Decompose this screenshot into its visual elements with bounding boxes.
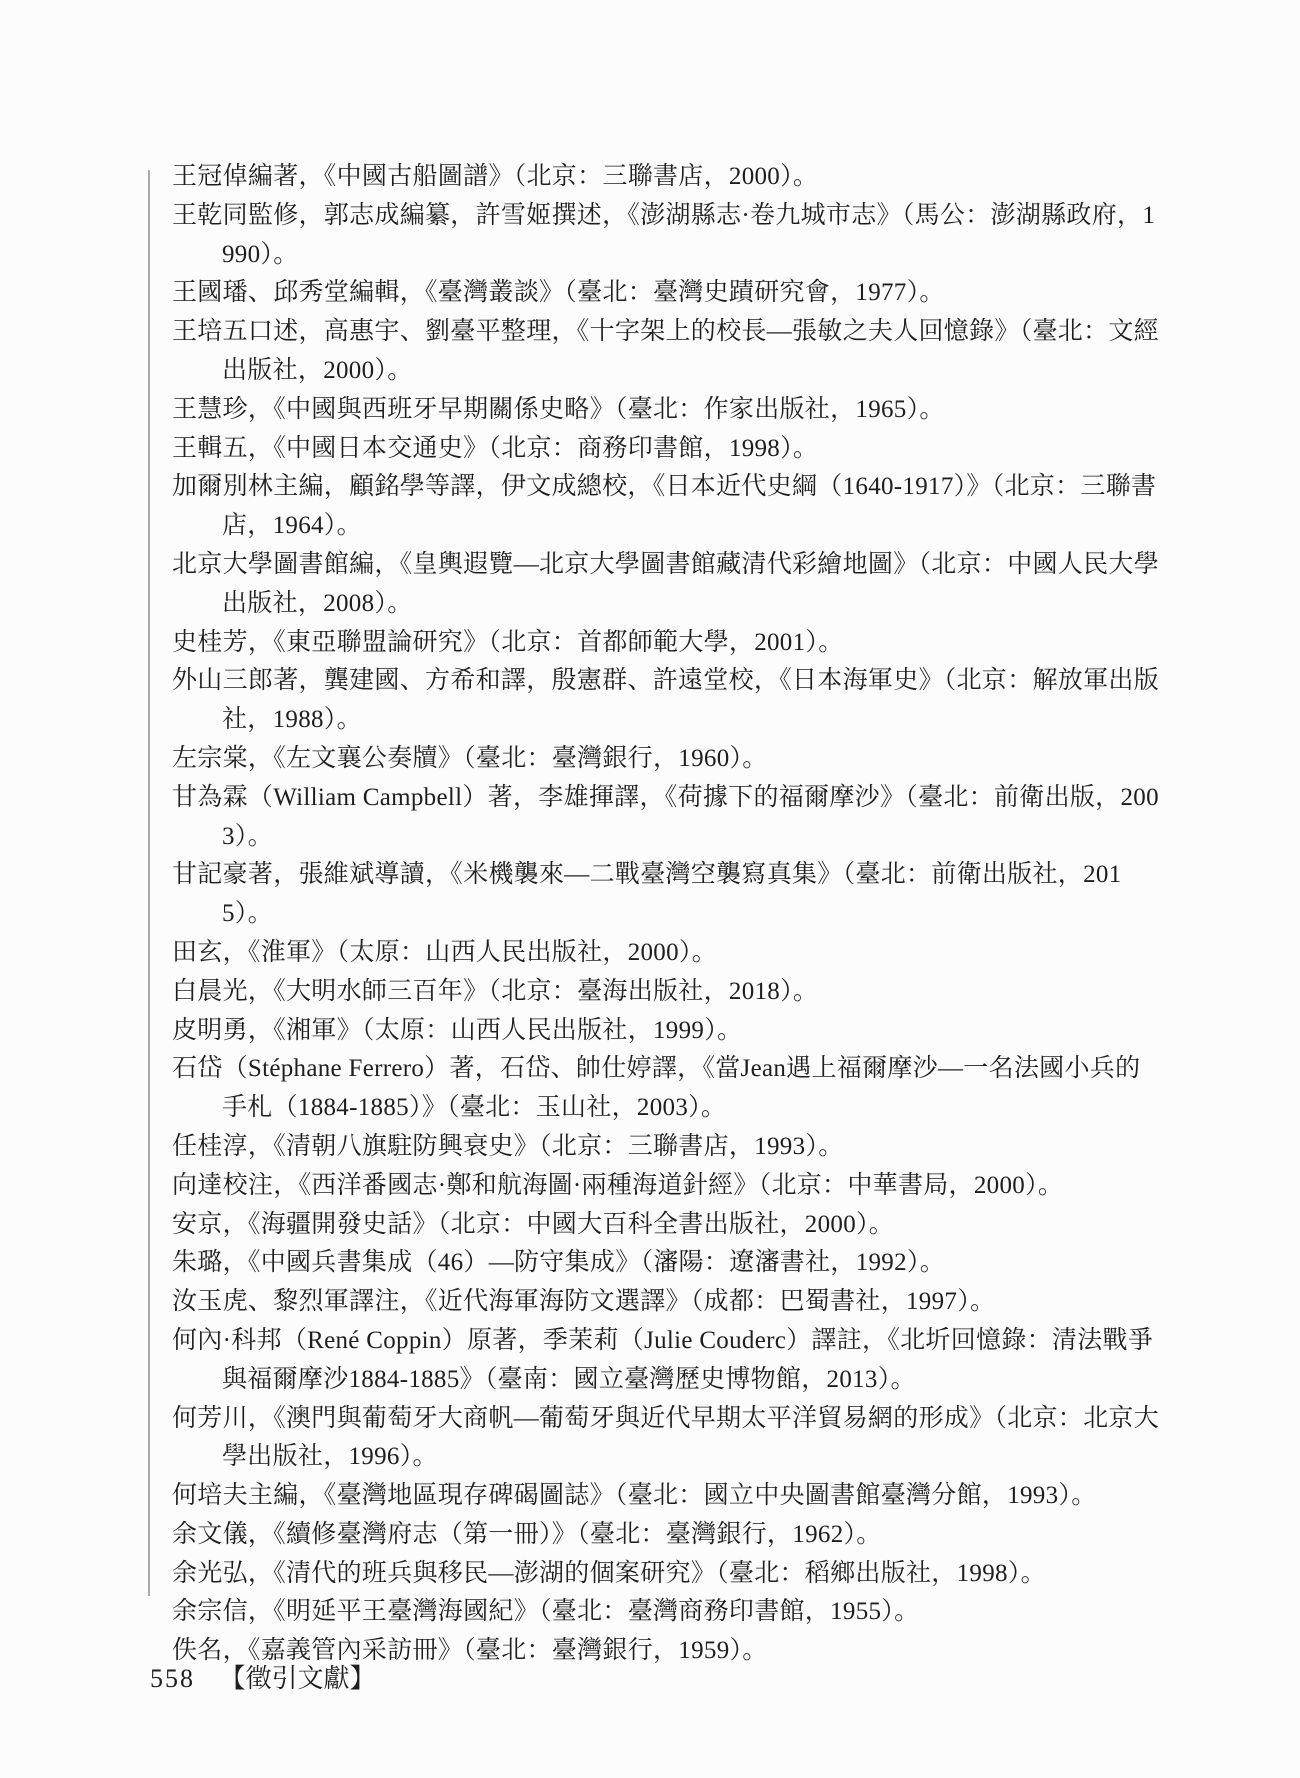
scan-edge-line bbox=[148, 170, 150, 1596]
bibliography-entry: 甘為霖（William Campbell）著，李雄揮譯，《荷據下的福爾摩沙》（臺… bbox=[172, 779, 1162, 857]
bibliography-entry: 王培五口述，高惠宇、劉臺平整理，《十字架上的校長—張敏之夫人回憶錄》（臺北：文經… bbox=[172, 313, 1162, 391]
bibliography-entry: 外山三郎著，龔建國、方希和譯，殷憲群、許遠堂校，《日本海軍史》（北京：解放軍出版… bbox=[172, 662, 1162, 740]
page-number: 558 bbox=[150, 1662, 195, 1696]
bibliography-entry: 安京，《海疆開發史話》（北京：中國大百科全書出版社，2000）。 bbox=[172, 1206, 1162, 1245]
book-page: 王冠倬編著，《中國古船圖譜》（北京：三聯書店，2000）。 王乾同監修，郭志成編… bbox=[0, 0, 1300, 1778]
bibliography-list: 王冠倬編著，《中國古船圖譜》（北京：三聯書店，2000）。 王乾同監修，郭志成編… bbox=[172, 158, 1162, 1671]
bibliography-entry: 左宗棠，《左文襄公奏牘》（臺北：臺灣銀行，1960）。 bbox=[172, 740, 1162, 779]
bibliography-entry: 向達校注，《西洋番國志·鄭和航海圖·兩種海道針經》（北京：中華書局，2000）。 bbox=[172, 1167, 1162, 1206]
bibliography-entry: 余文儀，《續修臺灣府志（第一冊）》（臺北：臺灣銀行，1962）。 bbox=[172, 1516, 1162, 1555]
bibliography-entry: 王乾同監修，郭志成編纂，許雪姬撰述，《澎湖縣志·卷九城市志》（馬公：澎湖縣政府，… bbox=[172, 197, 1162, 275]
bibliography-entry: 北京大學圖書館編，《皇輿遐覽—北京大學圖書館藏清代彩繪地圖》（北京：中國人民大學… bbox=[172, 546, 1162, 624]
bibliography-entry: 朱璐，《中國兵書集成（46）—防守集成》（瀋陽：遼瀋書社，1992）。 bbox=[172, 1244, 1162, 1283]
bibliography-entry: 王輯五，《中國日本交通史》（北京：商務印書館，1998）。 bbox=[172, 430, 1162, 469]
bibliography-entry: 石岱（Stéphane Ferrero）著，石岱、帥仕婷譯，《當Jean遇上福爾… bbox=[172, 1050, 1162, 1128]
bibliography-entry: 甘記豪著，張維斌導讀，《米機襲來—二戰臺灣空襲寫真集》（臺北：前衛出版社，201… bbox=[172, 856, 1162, 934]
bibliography-entry: 何芳川，《澳門與葡萄牙大商帆—葡萄牙與近代早期太平洋貿易網的形成》（北京：北京大… bbox=[172, 1400, 1162, 1478]
bibliography-entry: 皮明勇，《湘軍》（太原：山西人民出版社，1999）。 bbox=[172, 1012, 1162, 1051]
bibliography-entry: 何內·科邦（René Coppin）原著，季茉莉（Julie Couderc）譯… bbox=[172, 1322, 1162, 1400]
bibliography-entry: 加爾別林主編，顧銘學等譯，伊文成總校，《日本近代史綱（1640-1917）》（北… bbox=[172, 468, 1162, 546]
bibliography-entry: 王冠倬編著，《中國古船圖譜》（北京：三聯書店，2000）。 bbox=[172, 158, 1162, 197]
bibliography-entry: 汝玉虎、黎烈軍譯注，《近代海軍海防文選譯》（成都：巴蜀書社，1997）。 bbox=[172, 1283, 1162, 1322]
bibliography-entry: 田玄，《淮軍》（太原：山西人民出版社，2000）。 bbox=[172, 934, 1162, 973]
section-label: 【徵引文獻】 bbox=[220, 1662, 376, 1696]
bibliography-entry: 史桂芳，《東亞聯盟論研究》（北京：首都師範大學，2001）。 bbox=[172, 624, 1162, 663]
bibliography-entry: 余光弘，《清代的班兵與移民—澎湖的個案研究》（臺北：稻鄉出版社，1998）。 bbox=[172, 1555, 1162, 1594]
bibliography-entry: 王國璠、邱秀堂編輯，《臺灣叢談》（臺北：臺灣史蹟研究會，1977）。 bbox=[172, 274, 1162, 313]
page-footer: 558 【徵引文獻】 bbox=[150, 1662, 376, 1696]
bibliography-entry: 何培夫主編，《臺灣地區現存碑碣圖誌》（臺北：國立中央圖書館臺灣分館，1993）。 bbox=[172, 1477, 1162, 1516]
bibliography-entry: 余宗信，《明延平王臺灣海國紀》（臺北：臺灣商務印書館，1955）。 bbox=[172, 1593, 1162, 1632]
bibliography-entry: 白晨光，《大明水師三百年》（北京：臺海出版社，2018）。 bbox=[172, 973, 1162, 1012]
bibliography-entry: 王慧珍，《中國與西班牙早期關係史略》（臺北：作家出版社，1965）。 bbox=[172, 391, 1162, 430]
bibliography-entry: 任桂淳，《清朝八旗駐防興衰史》（北京：三聯書店，1993）。 bbox=[172, 1128, 1162, 1167]
